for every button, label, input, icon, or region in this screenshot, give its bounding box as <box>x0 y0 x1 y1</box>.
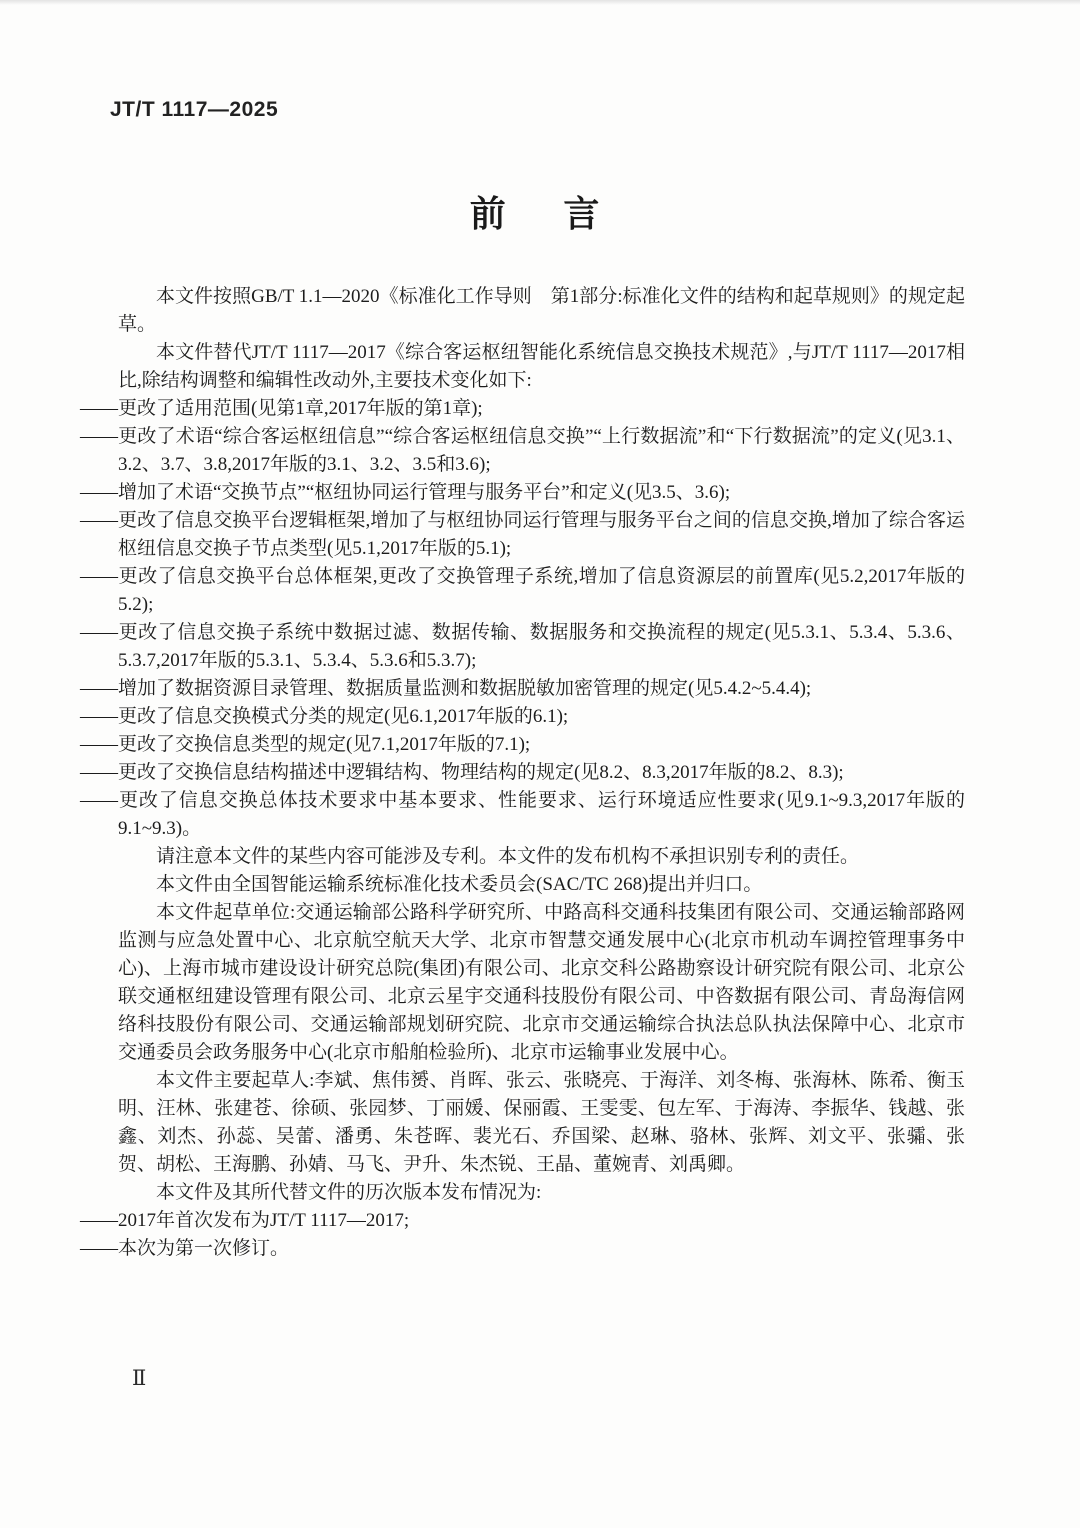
document-body: 本文件按照GB/T 1.1—2020《标准化工作导则 第1部分:标准化文件的结构… <box>118 283 965 1263</box>
change-list-item: ——更改了交换信息类型的规定(见7.1,2017年版的7.1); <box>118 731 965 759</box>
change-list-item: ——更改了交换信息结构描述中逻辑结构、物理结构的规定(见8.2、8.3,2017… <box>118 759 965 787</box>
change-list-item: ——更改了适用范围(见第1章,2017年版的第1章); <box>118 395 965 423</box>
paragraph: 本文件主要起草人:李斌、焦伟赟、肖晖、张云、张晓亮、于海洋、刘冬梅、张海林、陈希… <box>118 1067 965 1179</box>
standard-number: JT/T 1117—2025 <box>110 98 278 122</box>
change-list-item: ——更改了信息交换总体技术要求中基本要求、性能要求、运行环境适应性要求(见9.1… <box>118 787 965 843</box>
change-list-item: ——更改了信息交换平台总体框架,更改了交换管理子系统,增加了信息资源层的前置库(… <box>118 563 965 619</box>
change-list-item: ——更改了信息交换子系统中数据过滤、数据传输、数据服务和交换流程的规定(见5.3… <box>118 619 965 675</box>
paragraph: 本文件及其所代替文件的历次版本发布情况为: <box>118 1179 965 1207</box>
paragraph: 请注意本文件的某些内容可能涉及专利。本文件的发布机构不承担识别专利的责任。 <box>118 843 965 871</box>
paragraph: 本文件由全国智能运输系统标准化技术委员会(SAC/TC 268)提出并归口。 <box>118 871 965 899</box>
change-list-item: ——2017年首次发布为JT/T 1117—2017; <box>118 1207 965 1235</box>
scan-edge <box>0 0 1080 5</box>
change-list-item: ——更改了信息交换模式分类的规定(见6.1,2017年版的6.1); <box>118 703 965 731</box>
change-list-item: ——增加了数据资源目录管理、数据质量监测和数据脱敏加密管理的规定(见5.4.2~… <box>118 675 965 703</box>
paragraph: 本文件按照GB/T 1.1—2020《标准化工作导则 第1部分:标准化文件的结构… <box>118 283 965 339</box>
document-page: JT/T 1117—2025 前 言 本文件按照GB/T 1.1—2020《标准… <box>0 0 1080 1528</box>
change-list-item: ——增加了术语“交换节点”“枢纽协同运行管理与服务平台”和定义(见3.5、3.6… <box>118 479 965 507</box>
change-list-item: ——本次为第一次修订。 <box>118 1235 965 1263</box>
foreword-title: 前 言 <box>0 186 1080 237</box>
change-list-item: ——更改了信息交换平台逻辑框架,增加了与枢纽协同运行管理与服务平台之间的信息交换… <box>118 507 965 563</box>
page-number: Ⅱ <box>132 1366 146 1391</box>
paragraph: 本文件起草单位:交通运输部公路科学研究所、中路高科交通科技集团有限公司、交通运输… <box>118 899 965 1067</box>
paragraph: 本文件替代JT/T 1117—2017《综合客运枢纽智能化系统信息交换技术规范》… <box>118 339 965 395</box>
change-list-item: ——更改了术语“综合客运枢纽信息”“综合客运枢纽信息交换”“上行数据流”和“下行… <box>118 423 965 479</box>
